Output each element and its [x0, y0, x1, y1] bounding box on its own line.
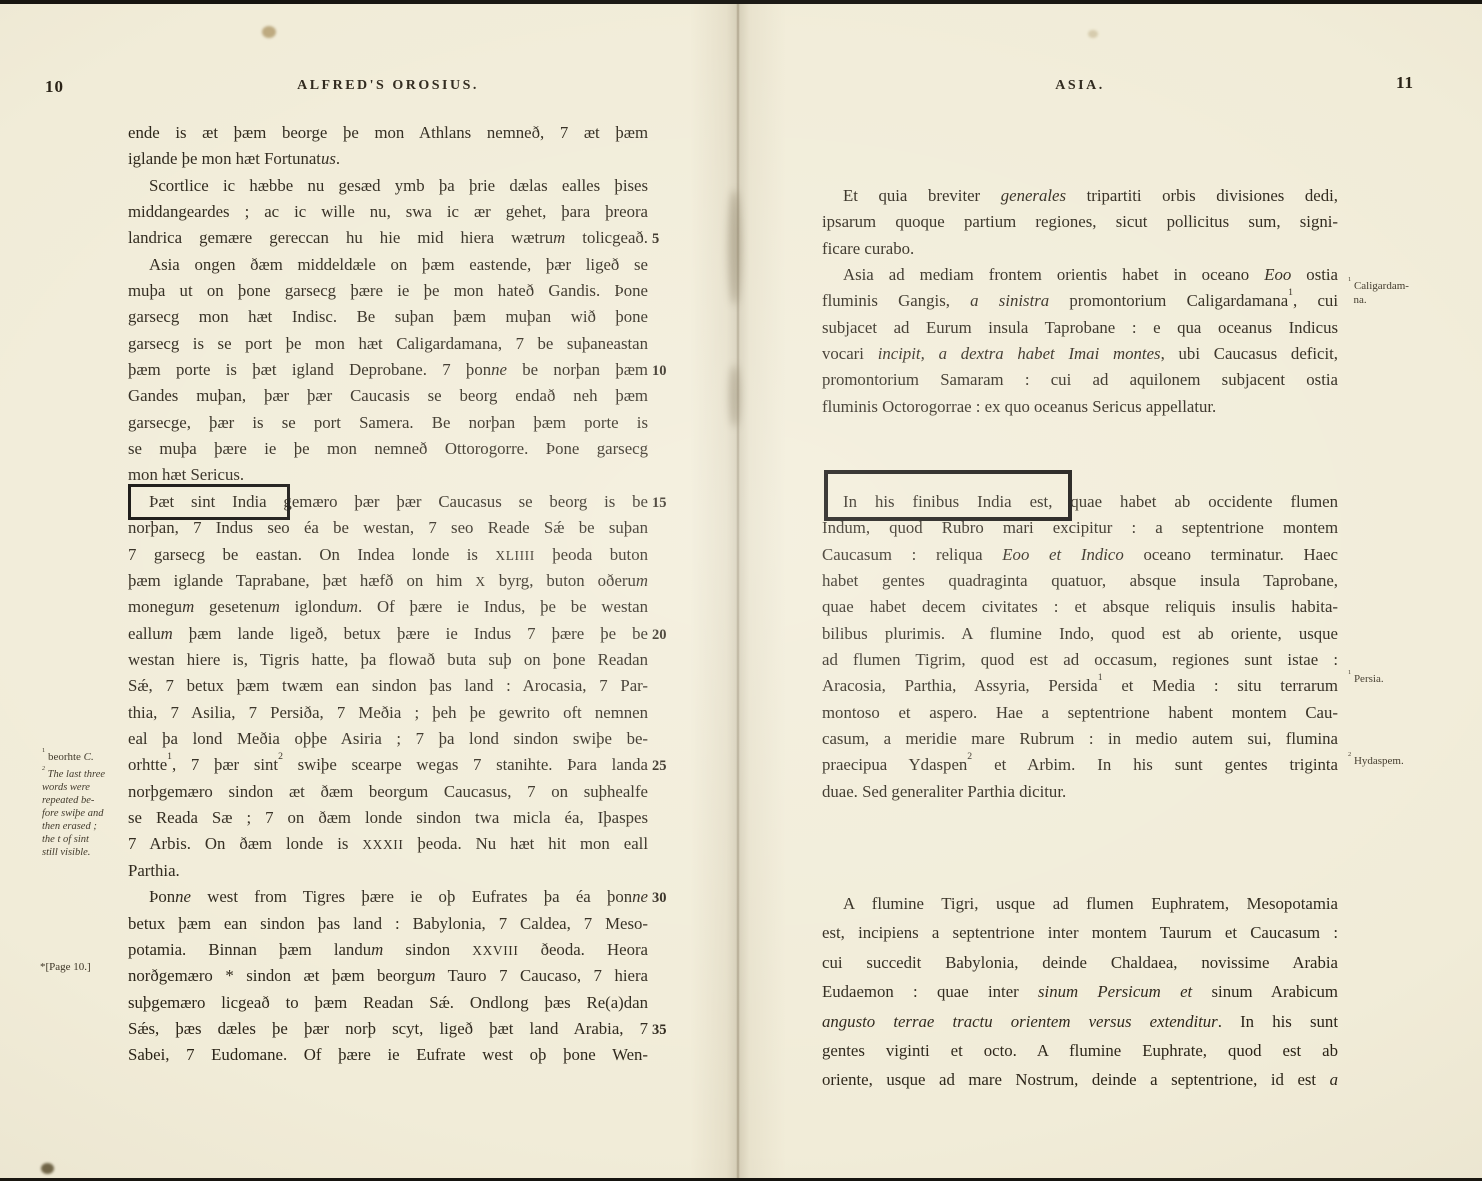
text-line: garsecge, þær is se port Samera. Be norþ…	[128, 410, 648, 436]
line-number: 5	[652, 226, 694, 252]
text-line: angusto terrae tractu orientem versus ex…	[822, 1007, 1338, 1036]
line-number: 25	[652, 753, 694, 779]
text-line: thia, 7 Asilia, 7 Persiða, 7 Meðia ; þeh…	[128, 700, 648, 726]
page-left-textblock: ende is æt þæm beorge þe mon Athlans nem…	[128, 0, 648, 1181]
text-line: montoso et aspero. Hae a septentrione ha…	[822, 700, 1338, 726]
gutter-smudge	[728, 190, 741, 305]
left-paragraph-5: Þonne west from Tigres þære ie oþ Eufrat…	[128, 884, 648, 1068]
text-line: habet gentes quadraginta quatuor, absque…	[822, 568, 1338, 594]
text-line: muþa ut on þone garsecg þære ie þe mon h…	[128, 278, 648, 304]
text-line: norþgemæro sindon æt ðæm beorgum Caucasu…	[128, 779, 648, 805]
line-number: 10	[652, 358, 694, 384]
text-line: A flumine Tigri, usque ad flumen Euphrat…	[822, 889, 1338, 918]
line-number: 35	[652, 1017, 694, 1043]
text-line: norðgemæro * sindon æt þæm beorgum Tauro…	[128, 963, 648, 989]
text-line: betux þæm ean sindon þas land : Babyloni…	[128, 911, 648, 937]
text-line: ende is æt þæm beorge þe mon Athlans nem…	[128, 120, 648, 146]
scan-top-edge	[0, 0, 1482, 4]
text-line: Gandes muþan, þær þær Caucasis se beorg …	[128, 383, 648, 409]
text-line: Parthia.	[128, 858, 648, 884]
page-right-textblock: Et quia breviter generales tripartiti or…	[822, 0, 1338, 1181]
text-line: subjacet ad Eurum insula Taprobane : e q…	[822, 315, 1338, 341]
text-line: ad flumen Tigrim, quod est ad occasum, r…	[822, 647, 1338, 673]
gutter-smudge	[729, 365, 740, 427]
text-line: fluminis Gangis, a sinistra promontorium…	[822, 288, 1338, 314]
margin-note-line: 2 The last three	[42, 768, 130, 781]
text-line: bilibus plurimis. A flumine Indo, quod e…	[822, 621, 1338, 647]
margin-note-line: 1 Caligardam-	[1348, 279, 1476, 293]
text-line: 7 garsecg be eastan. On Indea londe is X…	[128, 542, 648, 568]
text-line: promontorium Samaram : cui ad aquilonem …	[822, 367, 1338, 393]
right-paragraph-3: In his finibus India est, quae habet ab …	[822, 489, 1338, 805]
left-paragraph-1: ende is æt þæm beorge þe mon Athlans nem…	[128, 120, 648, 173]
text-line: garsecg mon hæt Indisc. Be suþan þæm muþ…	[128, 304, 648, 330]
margin-note: 2 The last threewords wererepeated be-fo…	[42, 768, 130, 859]
text-line: oriente, usque ad mare Nostrum, deinde a…	[822, 1065, 1338, 1094]
margin-note-line: repeated be-	[42, 794, 130, 807]
text-line: Eudaemon : quae inter sinum Persicum et …	[822, 977, 1338, 1006]
text-line: iglande þe mon hæt Fortunatus.	[128, 146, 648, 172]
margin-note: 1 beorhte C.	[42, 750, 130, 764]
margin-note-line: *[Page 10.]	[40, 960, 134, 974]
text-line: Asia ongen ðæm middeldæle on þæm eastend…	[128, 252, 648, 278]
margin-note: 1 Caligardam- na.	[1348, 279, 1476, 307]
book-scan: 10 ALFRED'S OROSIUS. ende is æt þæm beor…	[0, 0, 1482, 1181]
text-line: eallum þæm lande ligeð, betux þære ie In…	[128, 621, 648, 647]
right-paragraph-4: A flumine Tigri, usque ad flumen Euphrat…	[822, 889, 1338, 1095]
text-line: ipsarum quoque partium regiones, sicut p…	[822, 209, 1338, 235]
text-line: potamia. Binnan þæm landum sindon XXVIII…	[128, 937, 648, 963]
text-line: garsecg is se port þe mon hæt Caligardam…	[128, 331, 648, 357]
margin-note-line: 1 beorhte C.	[42, 750, 130, 764]
margin-note-line: 2 Hydaspem.	[1348, 754, 1476, 768]
text-line: quae habet decem civitates : et absque r…	[822, 594, 1338, 620]
right-paragraph-2: Asia ad mediam frontem orientis habet in…	[822, 262, 1338, 420]
margin-note-line: fore swiþe and	[42, 807, 130, 820]
binding-crease	[737, 0, 739, 1181]
text-line: suþgemæro licgeað to þæm Readan Sǽ. Ondl…	[128, 990, 648, 1016]
text-line: cui succedit Babylonia, deinde Chaldaea,…	[822, 948, 1338, 977]
text-line: Caucasum : reliqua Eoo et Indico oceano …	[822, 542, 1338, 568]
text-line: westan hiere is, Tigris hatte, þa flowað…	[128, 647, 648, 673]
line-number: 20	[652, 622, 694, 648]
margin-note-line: words were	[42, 781, 130, 794]
left-paragraph-4: Þæt sint India gemæro þær þær Caucasus s…	[128, 489, 648, 884]
line-number: 30	[652, 885, 694, 911]
paper-stain	[41, 1163, 54, 1174]
text-line: fluminis Octorogorrae : ex quo oceanus S…	[822, 394, 1338, 420]
text-line: est, incipiens a septentrione inter mont…	[822, 918, 1338, 947]
ink-highlight-box	[128, 484, 290, 520]
text-line: þæm iglande Taprabane, þæt hæfð on him X…	[128, 568, 648, 594]
text-line: Et quia breviter generales tripartiti or…	[822, 183, 1338, 209]
text-line: praecipua Ydaspen2 et Arbim. In his sunt…	[822, 752, 1338, 778]
margin-note-line: na.	[1348, 293, 1476, 307]
text-line: se Reada Sæ ; 7 on ðæm londe sindon twa …	[128, 805, 648, 831]
text-line: gentes viginti et octo. A flumine Euphra…	[822, 1036, 1338, 1065]
text-line: 7 Arbis. On ðæm londe is XXXII þeoda. Nu…	[128, 831, 648, 857]
text-line: se muþa þære ie þe mon nemneð Ottorogorr…	[128, 436, 648, 462]
text-line: monegum gesetenum iglondum. Of þære ie I…	[128, 594, 648, 620]
margin-note: *[Page 10.]	[40, 960, 134, 974]
left-page-number: 10	[45, 77, 64, 97]
text-line: casum, a meridie mare Rubrum : in medio …	[822, 726, 1338, 752]
text-line: Aracosia, Parthia, Assyria, Persida1 et …	[822, 673, 1338, 699]
ink-highlight-box	[824, 470, 1072, 521]
margin-note-line: still visible.	[42, 846, 130, 859]
text-line: þæm porte is þæt igland Deprobane. 7 þon…	[128, 357, 648, 383]
text-line: vocari incipit, a dextra habet Imai mont…	[822, 341, 1338, 367]
text-line: Scortlice ic hæbbe nu gesæd ymb þa þrie …	[128, 173, 648, 199]
margin-note: 2 Hydaspem.	[1348, 754, 1476, 768]
margin-note-line: 1 Persia.	[1348, 672, 1476, 686]
text-line: Asia ad mediam frontem orientis habet in…	[822, 262, 1338, 288]
right-paragraph-1: Et quia breviter generales tripartiti or…	[822, 183, 1338, 262]
text-line: duae. Sed generaliter Parthia dicitur.	[822, 779, 1338, 805]
text-line: eal þa lond Meðia oþþe Asiria ; 7 þa lon…	[128, 726, 648, 752]
margin-note-line: then erased ;	[42, 820, 130, 833]
margin-note-line: the t of sint	[42, 833, 130, 846]
text-line: Þonne west from Tigres þære ie oþ Eufrat…	[128, 884, 648, 910]
text-line: landrica gemære gereccan hu hie mid hier…	[128, 225, 648, 251]
left-paragraph-2: Scortlice ic hæbbe nu gesæd ymb þa þrie …	[128, 173, 648, 252]
text-line: Sǽ, 7 betux þæm twæm ean sindon þas land…	[128, 673, 648, 699]
text-line: middangeardes ; ac ic wille nu, swa ic æ…	[128, 199, 648, 225]
left-paragraph-3: Asia ongen ðæm middeldæle on þæm eastend…	[128, 252, 648, 489]
line-number: 15	[652, 490, 694, 516]
text-line: Sabei, 7 Eudomane. Of þære ie Eufrate we…	[128, 1042, 648, 1068]
text-line: ficare curabo.	[822, 236, 1338, 262]
right-page-number: 11	[1396, 73, 1414, 93]
text-line: orhtte1, 7 þær sint2 swiþe scearpe wegas…	[128, 752, 648, 778]
margin-note: 1 Persia.	[1348, 672, 1476, 686]
text-line: Sǽs, þæs dæles þe þær norþ scyt, ligeð þ…	[128, 1016, 648, 1042]
